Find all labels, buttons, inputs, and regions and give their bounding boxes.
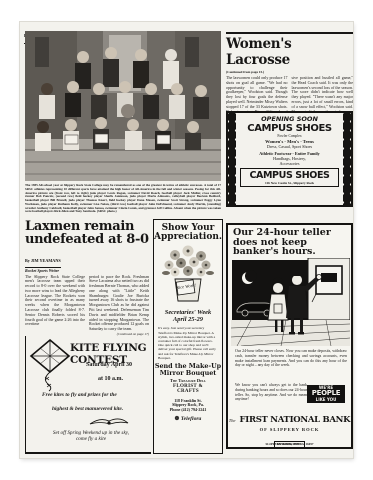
kite-ad-time: at 10 a.m. [98,376,123,382]
womens-lacrosse-article: Women's Lacrosse (Continued from page 15… [226,32,353,119]
laxmen-headline-2: undefeated at 8-0 [25,233,149,246]
campus-shoes-address: 116 New Castle St., Slippery Rock [241,181,338,185]
bank-sub: OF SLIPPERY ROCK [228,427,351,432]
kite-ad-line4: come fly a kite [36,436,146,442]
teleflora-brand: Teleflora [181,416,202,422]
florist-headline-2: Appreciation. [154,233,222,242]
team-photo [25,31,221,181]
bank-name: FIRST NATIONAL BANK [240,415,351,425]
shop-address-3: Phone (412) 794-2241 [154,408,222,413]
newspaper-page: Page 18 The Rocket, April 10, 1985 [20,22,353,458]
continued-from-note: (Continued from page 15.) [226,70,353,74]
bank-footer: SLIPPERY ROCK, PENNA. 16057 [228,442,351,446]
bank-ad: Our 24-hour teller does not keep banker'… [226,223,353,449]
kite-icon [27,338,73,392]
bouquet-illustration: Nice Work! [159,243,217,305]
opening-soon-text: OPENING SOON [238,115,341,123]
headline-rule [226,32,353,34]
shoes-types-line: Dress, Casual, Sport Shoes [238,144,341,149]
florist-body: It's easy. Just send your secretary Tele… [158,326,218,360]
laxmen-article: Laxmen remain undefeated at 8-0 By JIM Y… [25,220,149,336]
bank-headline-3: banker's hours. [233,247,347,257]
campus-shoes-name: CAMPUS SHOES [238,123,341,134]
campus-shoes-name-2: CAMPUS SHOES [241,170,338,181]
laxmen-col2: period to pace the Rock. Freshman Steve … [89,275,149,333]
people-like-you-badge: WE'RE PEOPLE LIKE YOU [307,385,345,403]
teleflora-flower-icon: ❁ [175,416,180,422]
kite-flying-ad: KITE FLYING CONTEST Saturday April 30 at… [25,336,151,454]
filmstrip-right-decoration [343,113,351,205]
laxmen-headline-1: Laxmen remain [25,220,149,233]
atm-night-cartoon [231,258,350,346]
newspaper-scan: Page 18 The Rocket, April 10, 1985 [0,0,373,480]
filmstrip-left-decoration [228,113,236,205]
glider-icon [88,416,130,428]
badge-line-3: LIKE YOU [309,398,343,402]
send-bouquet-2: Mirror Bouquet [154,370,222,377]
campus-shoes-ad: OPENING SOON CAMPUS SHOES Fowler Complex… [226,111,353,207]
bank-body-1: Our 24-hour teller never closes. Now you… [235,349,347,368]
shop-name-3: CRAFTS [154,389,222,394]
kite-ad-line2: highest & best manuevered kite. [52,406,123,412]
kite-ad-date: Saturday April 30 [86,362,132,368]
secretaries-week-2: April 25-29 [154,317,222,324]
laxmen-byline: By JIM YEAMANS [25,258,61,263]
kite-ad-line1: Free kites to fly and prizes for the [42,392,117,398]
bank-the: The [229,418,236,423]
florist-ad: Show Your Appreciation. [153,219,223,454]
womens-lacrosse-headline: Women's Lacrosse [226,36,353,68]
fowler-complex-text: Fowler Complex [238,134,341,138]
photo-caption: The 1985 All-school year at Slippery Roc… [25,184,221,214]
laxmen-col1: The Slippery Rock State College men's la… [25,275,85,337]
accessories-line: Accessories [238,161,341,166]
bank-body-2: We know you can't always get to the bank… [235,383,307,402]
team-photo-illustration [25,31,221,181]
laxmen-byline-role: Rocket Sports Writer [25,268,59,273]
